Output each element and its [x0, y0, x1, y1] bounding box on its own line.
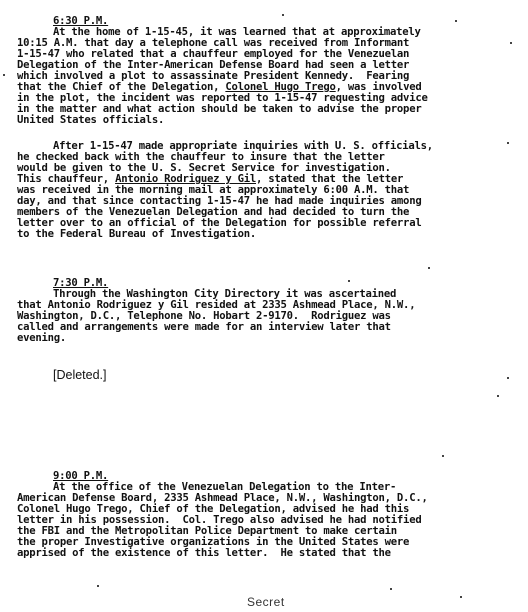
redaction-notice: [Deleted.] [53, 368, 107, 382]
scan-speck [428, 267, 430, 269]
scan-speck [497, 395, 499, 397]
paragraph-line: apprised of the existence of this letter… [17, 548, 391, 559]
classification-footer: Secret [247, 595, 285, 609]
scan-speck [507, 142, 509, 144]
scan-speck [348, 280, 350, 282]
scan-speck [507, 377, 509, 379]
scan-speck [3, 74, 5, 76]
document-page: 6:30 P.M. At the home of 1-15-45, it was… [0, 0, 528, 612]
paragraph-line: United States officials. [17, 115, 164, 126]
scan-speck [390, 588, 392, 590]
scan-speck [97, 585, 99, 587]
paragraph-line: called and arrangements were made for an… [17, 322, 391, 333]
paragraph-line: to the Federal Bureau of Investigation. [17, 229, 256, 240]
scan-speck [510, 42, 512, 44]
scan-speck [282, 14, 284, 16]
scan-speck [460, 596, 462, 598]
paragraph-line: evening. [17, 333, 66, 344]
scan-speck [442, 455, 444, 457]
scan-speck [455, 20, 457, 22]
